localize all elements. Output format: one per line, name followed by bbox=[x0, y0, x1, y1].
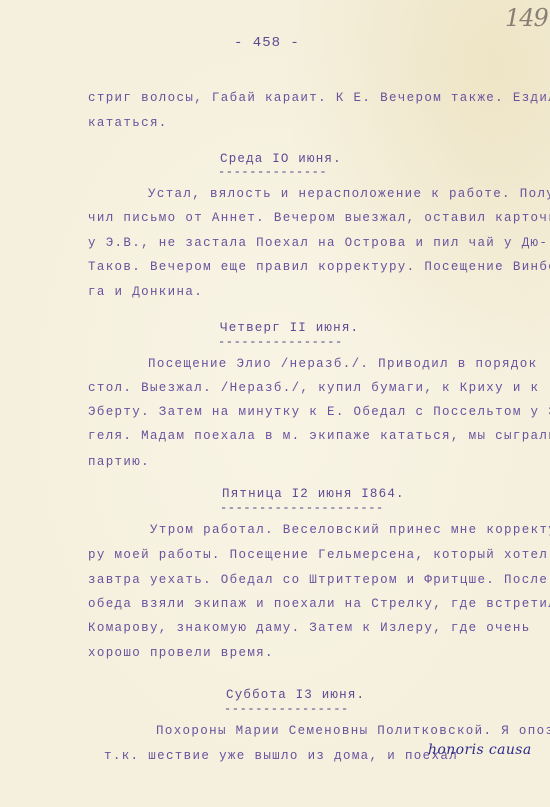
heading-underline: -------------- bbox=[218, 168, 327, 176]
text-line: у Э.В., не застала Поехал на Острова и п… bbox=[88, 236, 548, 250]
text-line: Эберту. Затем на минутку к Е. Обедал с П… bbox=[88, 405, 550, 419]
text-line: хорошо провели время. bbox=[88, 646, 274, 660]
text-line: стриг волосы, Габай карaит. К Е. Вечером… bbox=[88, 91, 550, 105]
text-line: стол. Выезжал. /Неразб./, купил бумаги, … bbox=[88, 381, 539, 395]
text-line: Похороны Марии Семеновны Политковской. Я… bbox=[156, 724, 550, 738]
text-line: Утром работал. Веселовский принес мне ко… bbox=[150, 523, 550, 537]
document-page: - 458 - 149 стриг волосы, Габай карaит. … bbox=[0, 0, 550, 807]
text-line: ру моей работы. Посещение Гельмерсена, к… bbox=[88, 548, 548, 562]
text-line: чил письмо от Аннет. Вечером выезжал, ос… bbox=[88, 211, 550, 225]
heading-underline: ---------------- bbox=[224, 705, 349, 713]
page-number: - 458 - bbox=[234, 35, 300, 51]
entry-heading-friday: Пятница I2 июня I864. bbox=[222, 487, 405, 501]
text-line: т.к. шествие уже вышло из дома, и поехал bbox=[104, 749, 458, 763]
text-line: обеда взяли экипаж и поехали на Стрелку,… bbox=[88, 597, 550, 611]
entry-heading-saturday: Суббота I3 июня. bbox=[226, 688, 365, 702]
archive-folio-number: 149 bbox=[505, 4, 548, 32]
entry-heading-thursday: Четверг II июня. bbox=[220, 321, 359, 335]
text-line: завтра уехать. Обедал со Штриттером и Фр… bbox=[88, 573, 548, 587]
heading-underline: ---------------- bbox=[218, 338, 343, 346]
handwritten-annotation: honoris causa bbox=[428, 742, 532, 758]
heading-underline: --------------------- bbox=[220, 504, 384, 512]
text-line: Устал, вялость и нерасположение к работе… bbox=[148, 187, 550, 201]
text-line: Комарову, знакомую даму. Затем к Излеру,… bbox=[88, 621, 531, 635]
text-line: Посещение Элио /неразб./. Приводил в пор… bbox=[148, 357, 537, 371]
text-line: партию. bbox=[88, 455, 150, 469]
text-line: кататься. bbox=[88, 116, 168, 130]
text-line: га и Донкина. bbox=[88, 285, 203, 299]
entry-heading-wednesday: Среда IO июня. bbox=[220, 152, 342, 166]
text-line: геля. Мадам поехала в м. экипаже кататьс… bbox=[88, 429, 550, 443]
text-line: Таков. Вечером еще правил корректуру. По… bbox=[88, 260, 550, 274]
